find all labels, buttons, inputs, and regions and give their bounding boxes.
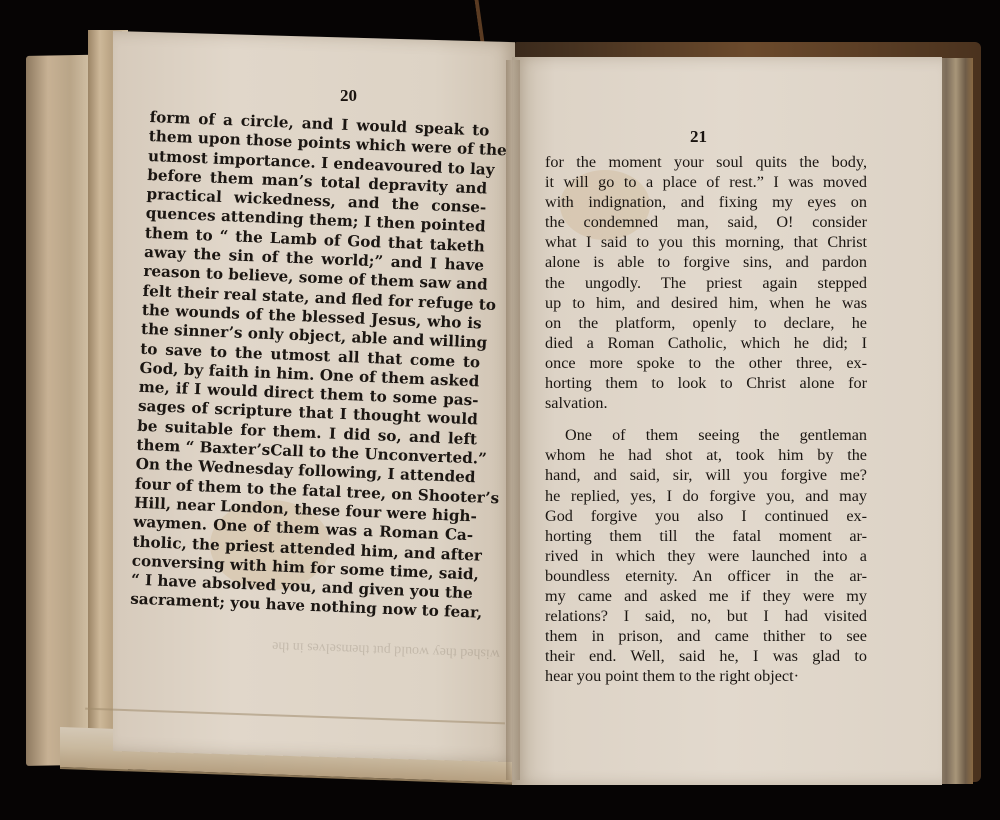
text-line: my came and asked me if they were my	[545, 586, 867, 606]
page-number-left: 20	[340, 86, 357, 106]
book-photo: 20 form of a circle, and I would speak t…	[0, 0, 1000, 820]
text-line: God forgive you also I continued ex-	[545, 506, 867, 526]
page-number-right: 21	[690, 127, 707, 147]
text-line: once more spoke to the other three, ex-	[545, 353, 867, 373]
text-line: hear you point them to the right object·	[545, 666, 867, 686]
text-line: rived in which they were launched into a	[545, 546, 867, 566]
text-line: salvation.	[545, 393, 867, 413]
paragraph: for the moment your soul quits the body,…	[545, 152, 867, 413]
text-line: for the moment your soul quits the body,	[545, 152, 867, 172]
text-line: the condemned man, said, O! consider	[545, 212, 867, 232]
text-line: them in prison, and came thither to see	[545, 626, 867, 646]
text-line: on the platform, openly to declare, he	[545, 313, 867, 333]
text-line: up to him, and desired him, when he was	[545, 293, 867, 313]
text-line: died a Roman Catholic, which he did; I	[545, 333, 867, 353]
left-page-text: form of a circle, and I would speak to t…	[130, 108, 490, 623]
text-line: horting them till the fatal moment ar-	[545, 526, 867, 546]
text-line: the ungodly. The priest again stepped	[545, 273, 867, 293]
paragraph: One of them seeing the gentleman whom he…	[545, 425, 867, 686]
text-line: whom he had shot at, took him by the	[545, 445, 867, 465]
text-line: boundless eternity. An officer in the ar…	[545, 566, 867, 586]
text-line: alone is able to forgive sins, and pardo…	[545, 252, 867, 272]
right-page-text: for the moment your soul quits the body,…	[545, 152, 867, 686]
text-line: it will go to a place of rest.” I was mo…	[545, 172, 867, 192]
text-line: what I said to you this morning, that Ch…	[545, 232, 867, 252]
text-line: with indignation, and fixing my eyes on	[545, 192, 867, 212]
text-line: One of them seeing the gentleman	[545, 425, 867, 445]
book-gutter	[506, 60, 520, 780]
text-line: their end. Well, said he, I was glad to	[545, 646, 867, 666]
text-line: relations? I said, no, but I had visited	[545, 606, 867, 626]
text-line: horting them to look to Christ alone for	[545, 373, 867, 393]
text-line: hand, and said, sir, will you forgive me…	[545, 465, 867, 485]
text-line: he replied, yes, I do forgive you, and m…	[545, 486, 867, 506]
